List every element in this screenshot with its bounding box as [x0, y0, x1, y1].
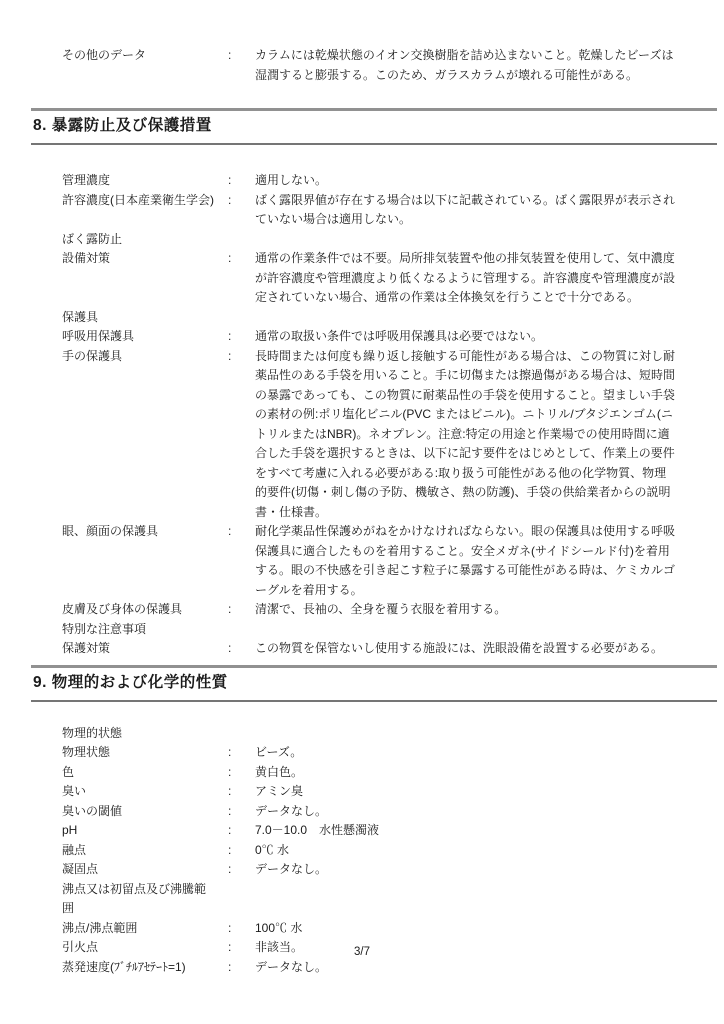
- property-label: 呼吸用保護具: [62, 327, 228, 347]
- property-row: 管理濃度 : 適用しない。: [62, 171, 724, 191]
- document-body: その他のデータ : カラムには乾燥状態のイオン交換樹脂を詰め込まないこと。乾燥し…: [0, 0, 724, 977]
- property-value: 長時間または何度も繰り返し接触する可能性がある場合は、この物質に対し耐薬品性のあ…: [255, 347, 675, 523]
- property-value: データなし。: [255, 860, 675, 880]
- property-row: 保護具: [62, 308, 724, 328]
- property-row: 許容濃度(日本産業衛生学会) : ばく露限界値が存在する場合は以下に記載されてい…: [62, 191, 724, 230]
- colon-separator: :: [228, 327, 255, 347]
- property-row: 物理的状態: [62, 724, 724, 744]
- section-rows: その他のデータ : カラムには乾燥状態のイオン交換樹脂を詰め込まないこと。乾燥し…: [0, 46, 724, 85]
- colon-separator: :: [228, 191, 255, 211]
- property-label: 許容濃度(日本産業衛生学会): [62, 191, 228, 211]
- section-rows: 管理濃度 : 適用しない。 許容濃度(日本産業衛生学会) : ばく露限界値が存在…: [0, 145, 724, 659]
- property-label: 臭いの閾値: [62, 802, 228, 822]
- colon-separator: :: [228, 46, 255, 66]
- property-row: 物理状態 : ビーズ。: [62, 743, 724, 763]
- colon-separator: :: [228, 347, 255, 367]
- property-label: 凝固点: [62, 860, 228, 880]
- section-rows: 物理的状態 物理状態 : ビーズ。 色 : 黄白色。 臭い : アミン臭 臭いの…: [0, 702, 724, 978]
- property-row: 蒸発速度(ﾌﾞﾁﾙｱｾﾃｰﾄ=1) : データなし。: [62, 958, 724, 978]
- property-label: 沸点又は初留点及び沸騰範 囲: [62, 880, 228, 919]
- colon-separator: :: [228, 802, 255, 822]
- property-row: 皮膚及び身体の保護具 : 清潔で、長袖の、全身を覆う衣服を着用する。: [62, 600, 724, 620]
- property-value: データなし。: [255, 958, 675, 978]
- property-label: 皮膚及び身体の保護具: [62, 600, 228, 620]
- colon-separator: :: [228, 743, 255, 763]
- property-row: pH : 7.0－10.0 水性懸濁液: [62, 821, 724, 841]
- property-row: 凝固点 : データなし。: [62, 860, 724, 880]
- section-title: 8. 暴露防止及び保護措置: [31, 108, 717, 145]
- property-label: 特別な注意事項: [62, 620, 228, 640]
- property-row: 設備対策 : 通常の作業条件では不要。局所排気装置や他の排気装置を使用して、気中…: [62, 249, 724, 308]
- property-value: 0℃ 水: [255, 841, 675, 861]
- property-value: 耐化学薬品性保護めがねをかけなければならない。眼の保護具は使用する呼吸保護具に適…: [255, 522, 675, 600]
- colon-separator: :: [228, 522, 255, 542]
- property-value: 清潔で、長袖の、全身を覆う衣服を着用する。: [255, 600, 675, 620]
- property-value: 適用しない。: [255, 171, 675, 191]
- property-row: ばく露防止: [62, 230, 724, 250]
- property-value: 黄白色。: [255, 763, 675, 783]
- property-label: 設備対策: [62, 249, 228, 269]
- property-label: 臭い: [62, 782, 228, 802]
- document-section: 9. 物理的および化学的性質 物理的状態 物理状態 : ビーズ。 色 : 黄白色…: [0, 665, 724, 978]
- property-value: アミン臭: [255, 782, 675, 802]
- property-row: 沸点又は初留点及び沸騰範 囲: [62, 880, 724, 919]
- document-section: その他のデータ : カラムには乾燥状態のイオン交換樹脂を詰め込まないこと。乾燥し…: [0, 46, 724, 85]
- property-label: 物理的状態: [62, 724, 228, 744]
- property-row: 沸点/沸点範囲 : 100℃ 水: [62, 919, 724, 939]
- property-value: 通常の取扱い条件では呼吸用保護具は必要ではない。: [255, 327, 675, 347]
- section-title: 9. 物理的および化学的性質: [31, 665, 717, 702]
- property-label: 手の保護具: [62, 347, 228, 367]
- colon-separator: :: [228, 841, 255, 861]
- property-label: その他のデータ: [62, 46, 228, 66]
- property-value: データなし。: [255, 802, 675, 822]
- property-value: 7.0－10.0 水性懸濁液: [255, 821, 675, 841]
- colon-separator: :: [228, 860, 255, 880]
- document-section: 8. 暴露防止及び保護措置 管理濃度 : 適用しない。 許容濃度(日本産業衛生学…: [0, 108, 724, 659]
- property-value: ビーズ。: [255, 743, 675, 763]
- property-row: 保護対策 : この物質を保管ないし使用する施設には、洗眼設備を設置する必要がある…: [62, 639, 724, 659]
- property-value: 100℃ 水: [255, 919, 675, 939]
- property-row: 特別な注意事項: [62, 620, 724, 640]
- property-label: 沸点/沸点範囲: [62, 919, 228, 939]
- property-label: 蒸発速度(ﾌﾞﾁﾙｱｾﾃｰﾄ=1): [62, 958, 228, 978]
- property-label: 色: [62, 763, 228, 783]
- property-value: この物質を保管ないし使用する施設には、洗眼設備を設置する必要がある。: [255, 639, 675, 659]
- property-label: 保護対策: [62, 639, 228, 659]
- colon-separator: :: [228, 958, 255, 978]
- property-row: その他のデータ : カラムには乾燥状態のイオン交換樹脂を詰め込まないこと。乾燥し…: [62, 46, 724, 85]
- property-label: 保護具: [62, 308, 228, 328]
- property-label: ばく露防止: [62, 230, 228, 250]
- property-row: 手の保護具 : 長時間または何度も繰り返し接触する可能性がある場合は、この物質に…: [62, 347, 724, 523]
- property-value: 通常の作業条件では不要。局所排気装置や他の排気装置を使用して、気中濃度が許容濃度…: [255, 249, 675, 308]
- property-row: 臭いの閾値 : データなし。: [62, 802, 724, 822]
- property-label: 眼、顔面の保護具: [62, 522, 228, 542]
- property-label: 物理状態: [62, 743, 228, 763]
- property-row: 色 : 黄白色。: [62, 763, 724, 783]
- colon-separator: :: [228, 782, 255, 802]
- property-label: 管理濃度: [62, 171, 228, 191]
- colon-separator: :: [228, 763, 255, 783]
- property-label: pH: [62, 821, 228, 841]
- property-row: 呼吸用保護具 : 通常の取扱い条件では呼吸用保護具は必要ではない。: [62, 327, 724, 347]
- property-label: 融点: [62, 841, 228, 861]
- property-value: ばく露限界値が存在する場合は以下に記載されている。ばく露限界が表示されていない場…: [255, 191, 675, 230]
- colon-separator: :: [228, 171, 255, 191]
- document-page: その他のデータ : カラムには乾燥状態のイオン交換樹脂を詰め込まないこと。乾燥し…: [0, 0, 724, 1024]
- property-row: 眼、顔面の保護具 : 耐化学薬品性保護めがねをかけなければならない。眼の保護具は…: [62, 522, 724, 600]
- property-row: 融点 : 0℃ 水: [62, 841, 724, 861]
- property-value: カラムには乾燥状態のイオン交換樹脂を詰め込まないこと。乾燥したビーズは湿潤すると…: [255, 46, 675, 85]
- colon-separator: :: [228, 600, 255, 620]
- colon-separator: :: [228, 249, 255, 269]
- colon-separator: :: [228, 639, 255, 659]
- property-row: 臭い : アミン臭: [62, 782, 724, 802]
- colon-separator: :: [228, 919, 255, 939]
- colon-separator: :: [228, 821, 255, 841]
- page-number: 3/7: [0, 946, 724, 958]
